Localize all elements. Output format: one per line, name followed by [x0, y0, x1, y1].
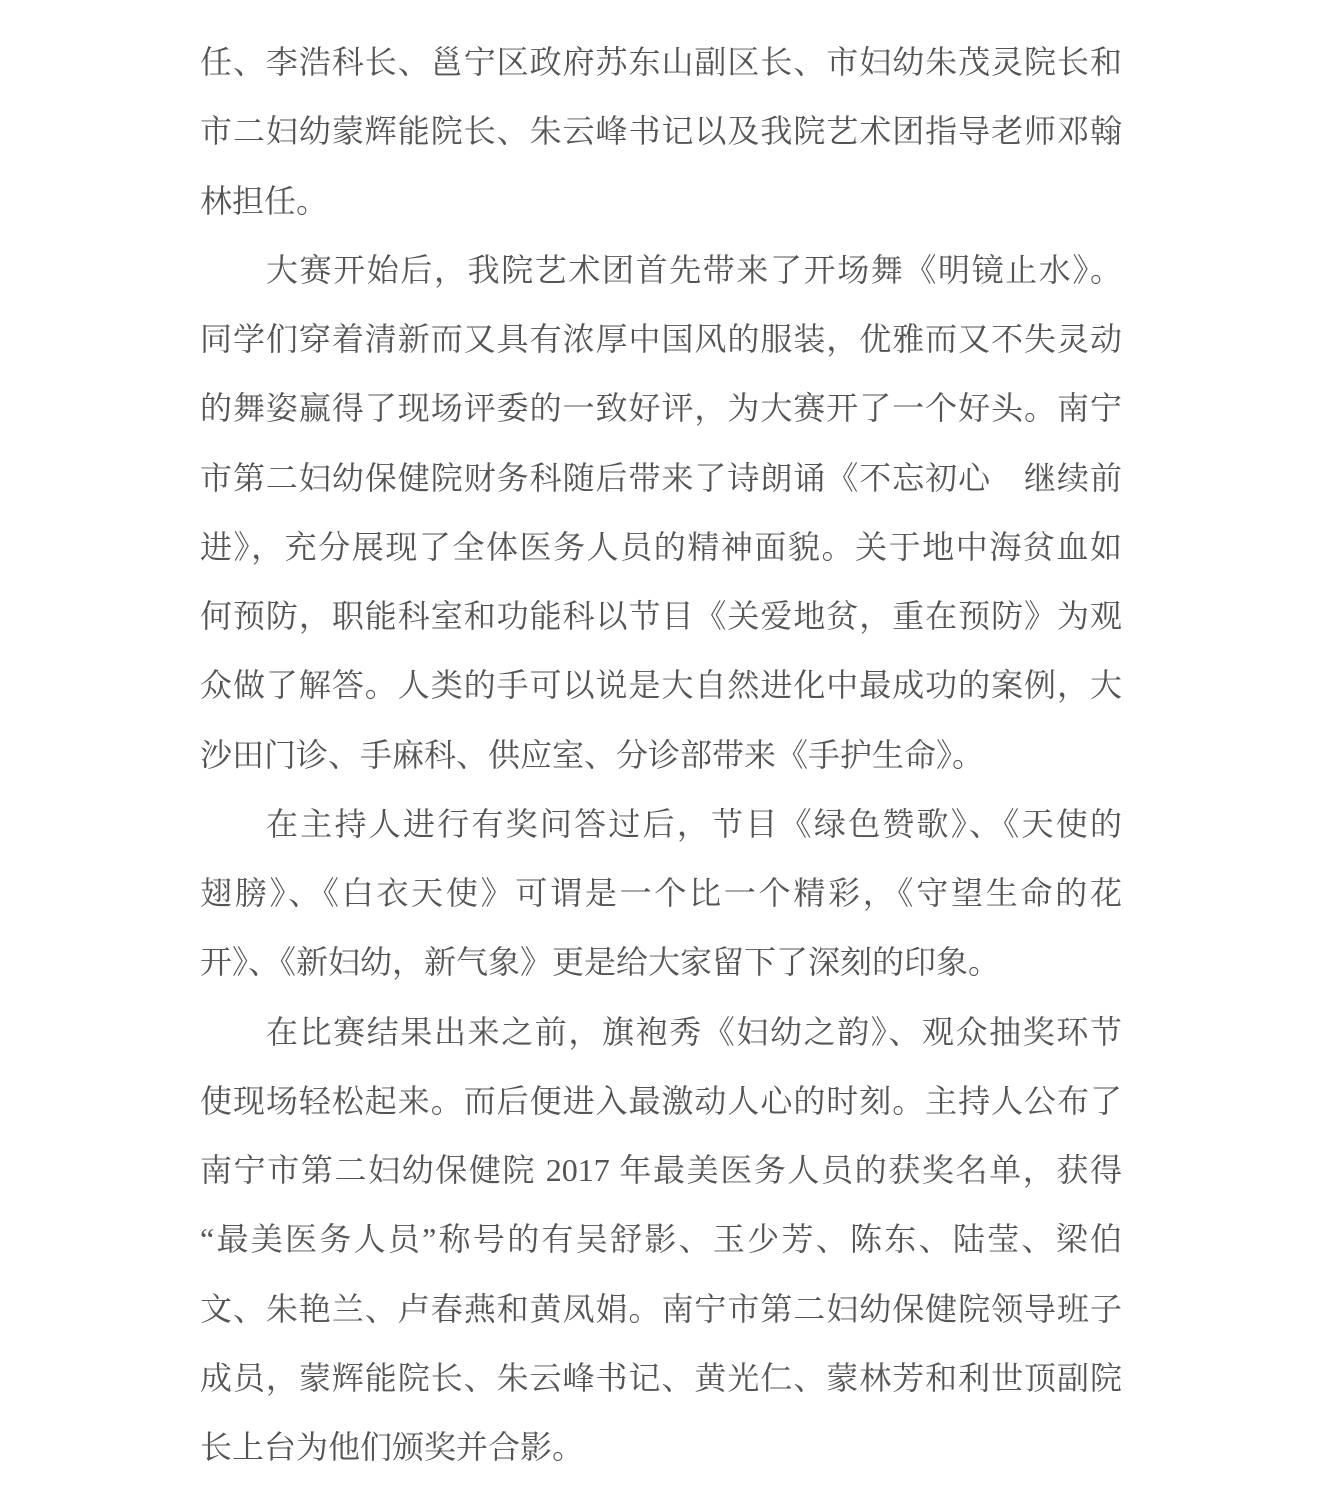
text-line: 文、朱艳兰、卢春燕和黄凤娟。南宁市第二妇幼保健院领导班子	[200, 1275, 1122, 1344]
text-line: 使现场轻松起来。而后便进入最激动人心的时刻。主持人公布了	[200, 1067, 1122, 1136]
text-line: 翅膀》、《白衣天使》可谓是一个比一个精彩，《守望生命的花	[200, 859, 1122, 928]
text-line: 开》、《新妇幼，新气象》更是给大家留下了深刻的印象。	[200, 928, 1122, 997]
text-line: 南宁市第二妇幼保健院 2017 年最美医务人员的获奖名单，获得	[200, 1136, 1122, 1205]
paragraph: 大赛开始后，我院艺术团首先带来了开场舞《明镜止水》。同学们穿着清新而又具有浓厚中…	[200, 236, 1122, 790]
document-body: 任、李浩科长、邕宁区政府苏东山副区长、市妇幼朱茂灵院长和市二妇幼蒙辉能院长、朱云…	[0, 0, 1322, 1482]
text-line: 市二妇幼蒙辉能院长、朱云峰书记以及我院艺术团指导老师邓翰	[200, 97, 1122, 166]
text-line: 在主持人进行有奖问答过后，节目《绿色赞歌》、《天使的	[200, 790, 1122, 859]
text-line: 沙田门诊、手麻科、供应室、分诊部带来《手护生命》。	[200, 721, 1122, 790]
text-line: 进》，充分展现了全体医务人员的精神面貌。关于地中海贫血如	[200, 513, 1122, 582]
paragraph: 在比赛结果出来之前，旗袍秀《妇幼之韵》、观众抽奖环节使现场轻松起来。而后便进入最…	[200, 998, 1122, 1483]
text-line: 成员，蒙辉能院长、朱云峰书记、黄光仁、蒙林芳和利世顶副院	[200, 1344, 1122, 1413]
paragraph: 在主持人进行有奖问答过后，节目《绿色赞歌》、《天使的翅膀》、《白衣天使》可谓是一…	[200, 790, 1122, 998]
text-line: 市第二妇幼保健院财务科随后带来了诗朗诵《不忘初心 继续前	[200, 444, 1122, 513]
text-line: 任、李浩科长、邕宁区政府苏东山副区长、市妇幼朱茂灵院长和	[200, 28, 1122, 97]
text-line: 众做了解答。人类的手可以说是大自然进化中最成功的案例，大	[200, 651, 1122, 720]
document-page: 任、李浩科长、邕宁区政府苏东山副区长、市妇幼朱茂灵院长和市二妇幼蒙辉能院长、朱云…	[0, 0, 1322, 1490]
text-line: 长上台为他们颁奖并合影。	[200, 1413, 1122, 1482]
text-line: 大赛开始后，我院艺术团首先带来了开场舞《明镜止水》。	[200, 236, 1122, 305]
text-line: 林担任。	[200, 167, 1122, 236]
text-line: 同学们穿着清新而又具有浓厚中国风的服装，优雅而又不失灵动	[200, 305, 1122, 374]
paragraph: 任、李浩科长、邕宁区政府苏东山副区长、市妇幼朱茂灵院长和市二妇幼蒙辉能院长、朱云…	[200, 28, 1122, 236]
text-line: 的舞姿赢得了现场评委的一致好评，为大赛开了一个好头。南宁	[200, 374, 1122, 443]
text-line: 何预防，职能科室和功能科以节目《关爱地贫，重在预防》为观	[200, 582, 1122, 651]
text-line: “最美医务人员”称号的有吴舒影、玉少芳、陈东、陆莹、梁伯	[200, 1205, 1122, 1274]
text-line: 在比赛结果出来之前，旗袍秀《妇幼之韵》、观众抽奖环节	[200, 998, 1122, 1067]
